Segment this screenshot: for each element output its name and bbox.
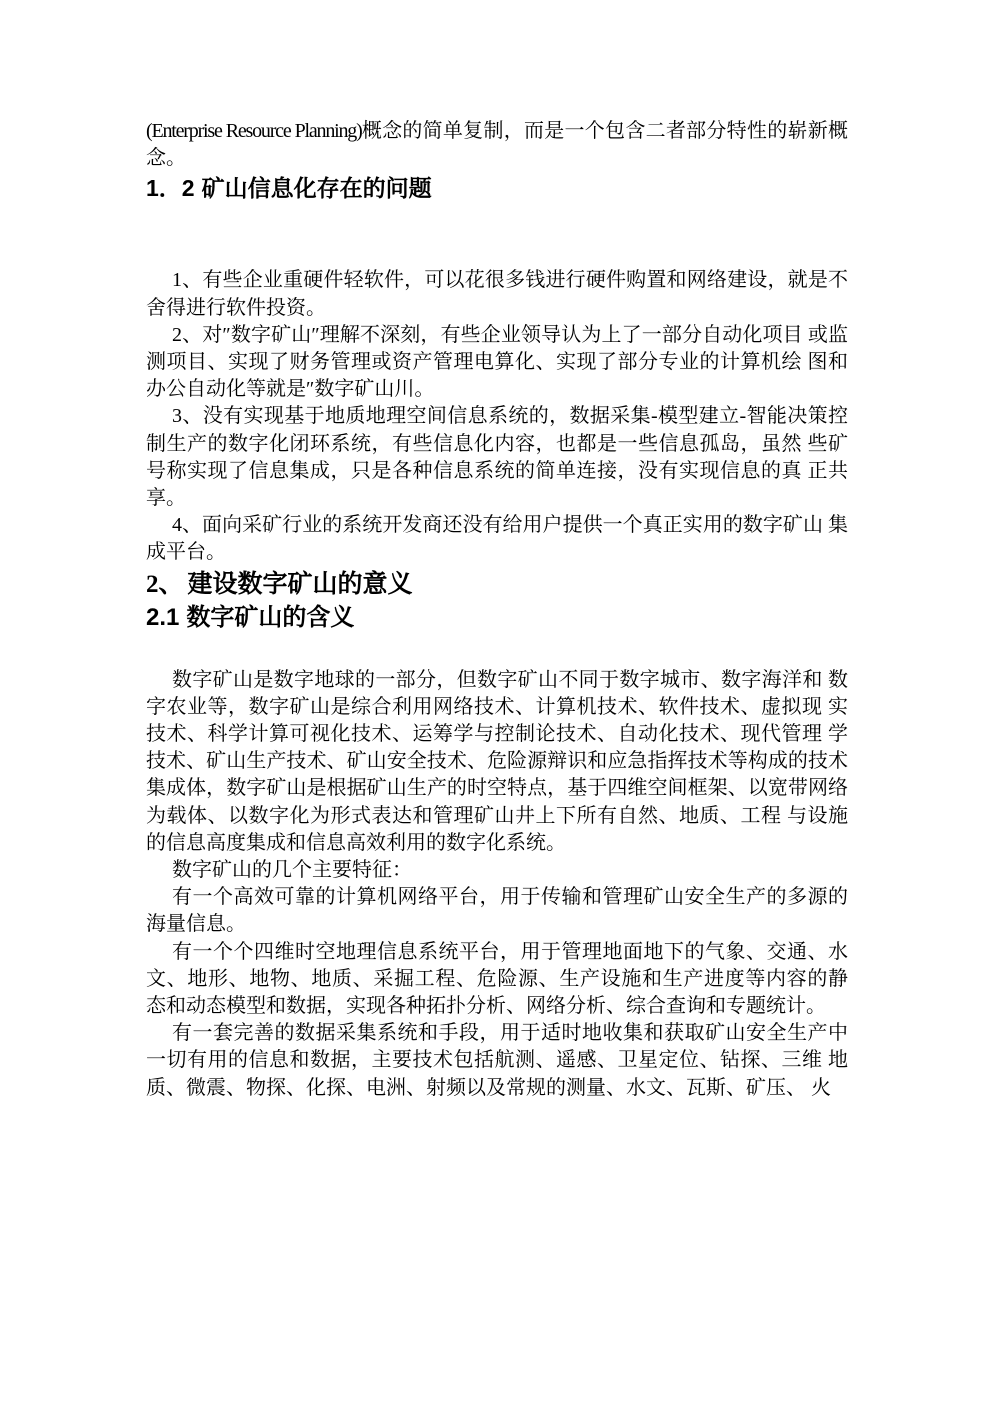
section-heading-1-2-number: 1．2 xyxy=(146,175,195,201)
paragraph-feature-network-platform: 有一个高效可靠的计算机网络平台，用于传输和管理矿山安全生产的多源的海量信息。 xyxy=(146,884,848,938)
paragraph-meaning-definition: 数字矿山是数字地球的一部分，但数字矿山不同于数字城市、数字海洋和 数字农业等，数… xyxy=(146,667,848,857)
section-heading-2-1-number: 2.1 xyxy=(146,604,179,631)
section-heading-2-number: 2、 xyxy=(146,571,184,598)
problem-item-2: 2、对″数字矿山″理解不深刻，有些企业领导认为上了一部分自动化项目 或监测项目、… xyxy=(146,322,848,404)
problem-item-3: 3、没有实现基于地质地理空间信息系统的，数据采集-模型建立-智能决策控制生产的数… xyxy=(146,403,848,512)
paragraph-features-label: 数字矿山的几个主要特征： xyxy=(146,857,848,884)
meaning-section: 数字矿山是数字地球的一部分，但数字矿山不同于数字城市、数字海洋和 数字农业等，数… xyxy=(146,667,848,1102)
section-heading-1-2-title: 矿山信息化存在的问题 xyxy=(202,175,432,201)
paragraph-intro-latin: (Enterprise Resource Planning) xyxy=(146,120,362,142)
problem-item-1: 1、有些企业重硬件轻软件，可以花很多钱进行硬件购置和网络建设，就是不舍得进行软件… xyxy=(146,267,848,321)
paragraph-feature-gis-platform: 有一个个四维时空地理信息系统平台，用于管理地面地下的气象、交通、水文、地形、地物… xyxy=(146,939,848,1021)
section-heading-2-1-title: 数字矿山的含义 xyxy=(186,604,354,631)
section-heading-2-1: 2.1数字矿山的含义 xyxy=(146,602,848,634)
section-heading-2-title: 建设数字矿山的意义 xyxy=(188,570,413,598)
problem-list: 1、有些企业重硬件轻软件，可以花很多钱进行硬件购置和网络建设，就是不舍得进行软件… xyxy=(146,267,848,566)
section-heading-2: 2、建设数字矿山的意义 xyxy=(146,567,848,602)
paragraph-intro: (Enterprise Resource Planning)概念的简单复制，而是… xyxy=(146,118,848,172)
paragraph-feature-data-collection: 有一套完善的数据采集系统和手段，用于适时地收集和获取矿山安全生产中一切有用的信息… xyxy=(146,1020,848,1102)
section-heading-1-2: 1．2矿山信息化存在的问题 xyxy=(146,172,848,204)
problem-item-4: 4、面向采矿行业的系统开发商还没有给用户提供一个真正实用的数字矿山 集成平台。 xyxy=(146,512,848,566)
document-page: (Enterprise Resource Planning)概念的简单复制，而是… xyxy=(0,0,992,1403)
